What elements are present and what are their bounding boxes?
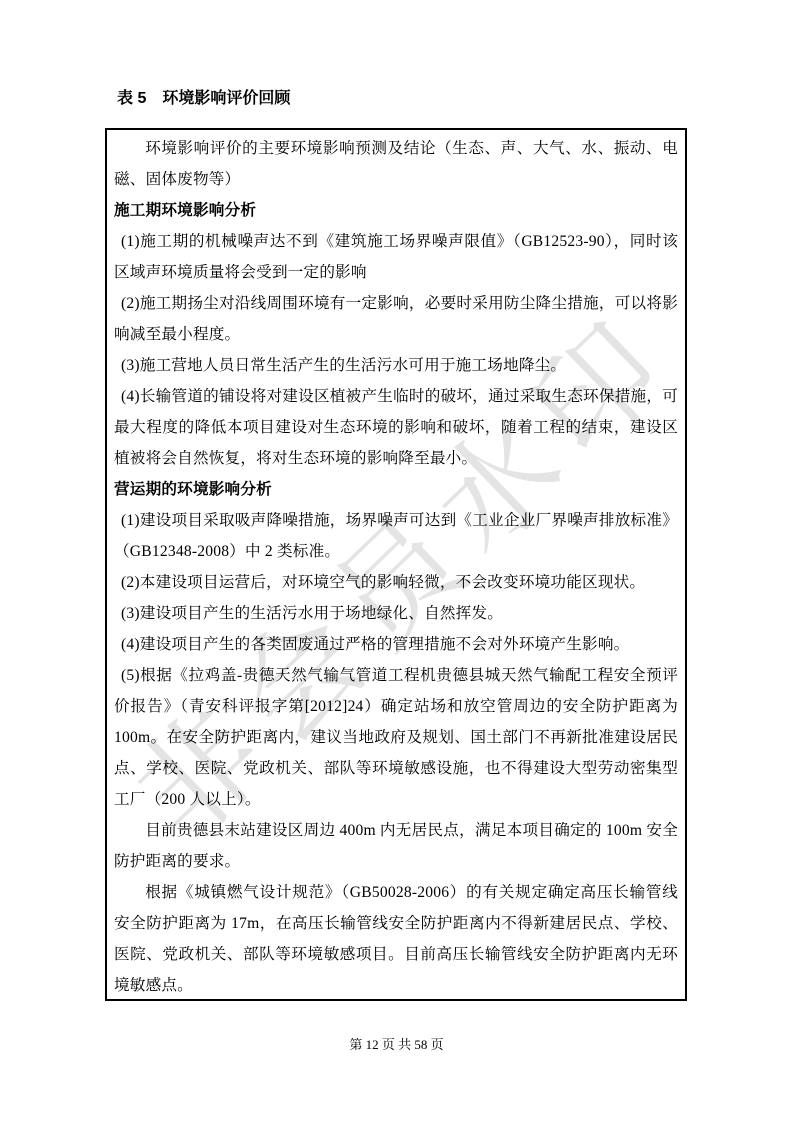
table-body: 环境影响评价的主要环境影响预测及结论（生态、声、大气、水、振动、电磁、固体废物等… <box>107 130 685 1001</box>
paragraph: (1)施工期的机械噪声达不到《建筑施工场界噪声限值》（GB12523-90），同… <box>114 226 678 288</box>
paragraph: (4)长输管道的铺设将对建设区植被产生临时的破坏，通过采取生态环保措施，可最大程… <box>114 381 678 474</box>
page-number: 第 12 页 共 58 页 <box>0 1036 793 1054</box>
section-heading: 施工期环境影响分析 <box>114 195 678 226</box>
paragraph: (2)施工期扬尘对沿线周围环境有一定影响，必要时采用防尘降尘措施，可以将影响减至… <box>114 288 678 350</box>
paragraph: (1)建设项目采取吸声降噪措施，场界噪声可达到《工业企业厂界噪声排放标准》（GB… <box>114 505 678 567</box>
paragraph: (2)本建设项目运营后，对环境空气的影响轻微，不会改变环境功能区现状。 <box>114 567 678 598</box>
paragraph: (5)根据《拉鸡盖-贵德天然气输气管道工程机贵德县城天然气输配工程安全预评价报告… <box>114 660 678 815</box>
section-heading: 营运期的环境影响分析 <box>114 474 678 505</box>
table-caption: 表 5 环境影响评价回顾 <box>117 88 290 110</box>
paragraph: 目前贵德县末站建设区周边 400m 内无居民点，满足本项目确定的 100m 安全… <box>114 815 678 877</box>
paragraph: (3)建设项目产生的生活污水用于场地绿化、自然挥发。 <box>114 598 678 629</box>
content-table: 非会员水印 环境影响评价的主要环境影响预测及结论（生态、声、大气、水、振动、电磁… <box>105 128 687 1001</box>
paragraph: 根据《城镇燃气设计规范》（GB50028-2006）的有关规定确定高压长输管线安… <box>114 877 678 1001</box>
paragraph: (3)施工营地人员日常生活产生的生活污水可用于施工场地降尘。 <box>114 350 678 381</box>
paragraph: 环境影响评价的主要环境影响预测及结论（生态、声、大气、水、振动、电磁、固体废物等… <box>114 133 678 195</box>
paragraph: (4)建设项目产生的各类固废通过严格的管理措施不会对外环境产生影响。 <box>114 629 678 660</box>
document-page: 表 5 环境影响评价回顾 非会员水印 环境影响评价的主要环境影响预测及结论（生态… <box>0 0 793 1122</box>
